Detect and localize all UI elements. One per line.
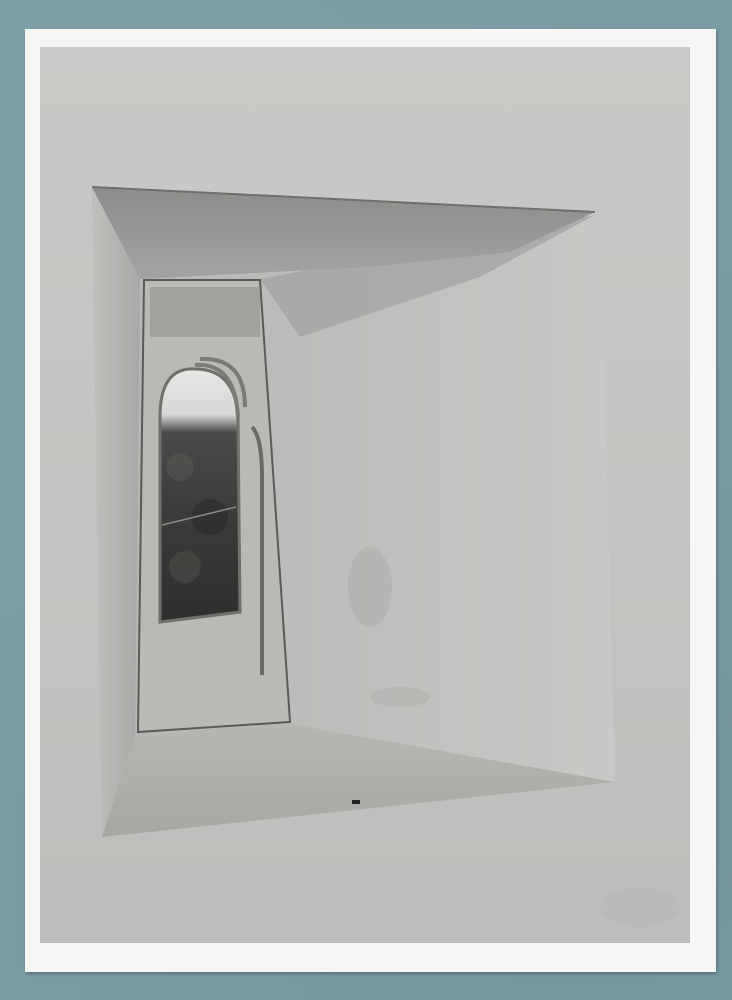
photo-scene [40, 47, 690, 943]
photograph [40, 47, 690, 943]
